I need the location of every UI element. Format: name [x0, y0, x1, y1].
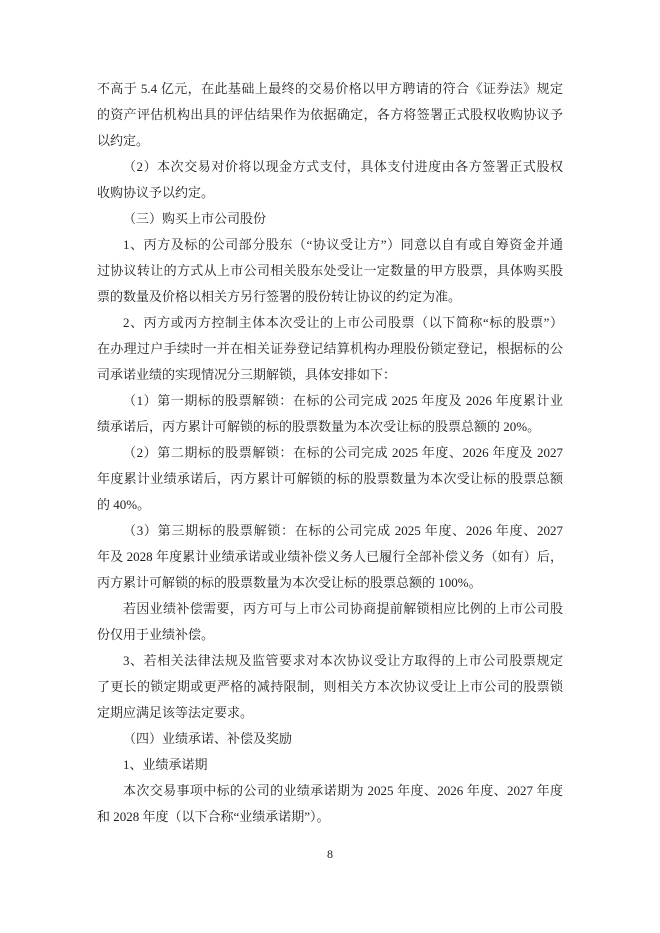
paragraph: 本次交易事项中标的公司的业绩承诺期为 2025 年度、2026 年度、2027 … [97, 778, 563, 830]
text-line: 1、业绩承诺期 [97, 752, 563, 778]
text-line: 份仅用于业绩补偿。 [97, 622, 563, 648]
paragraph: （三）购买上市公司股份 [97, 206, 563, 232]
text-line: 丙方累计可解锁的标的股票数量为本次受让标的股票总额的 100%。 [97, 570, 563, 596]
document-page: { "page": { "background": "#ffffff", "te… [0, 0, 660, 933]
text-line: 绩承诺后，丙方累计可解锁的标的股票数量为本次受让标的股票总额的 20%。 [97, 414, 563, 440]
text-line: （四）业绩承诺、补偿及奖励 [97, 726, 563, 752]
text-line: 定期应满足该等法定要求。 [97, 700, 563, 726]
text-line: （三）购买上市公司股份 [97, 206, 563, 232]
text-line: 本次交易事项中标的公司的业绩承诺期为 2025 年度、2026 年度、2027 … [97, 778, 563, 804]
text-line: 3、若相关法律法规及监管要求对本次协议受让方取得的上市公司股票规定 [97, 648, 563, 674]
text-line: （2）第二期标的股票解锁：在标的公司完成 2025 年度、2026 年度及 20… [97, 440, 563, 466]
text-line: 和 2028 年度（以下合称“业绩承诺期”）。 [97, 804, 563, 830]
text-line: （1）第一期标的股票解锁：在标的公司完成 2025 年度及 2026 年度累计业 [97, 388, 563, 414]
paragraph: 3、若相关法律法规及监管要求对本次协议受让方取得的上市公司股票规定了更长的锁定期… [97, 648, 563, 726]
text-line: （2）本次交易对价将以现金方式支付，具体支付进度由各方签署正式股权 [97, 154, 563, 180]
text-line: 不高于 5.4 亿元，在此基础上最终的交易价格以甲方聘请的符合《证券法》规定 [97, 76, 563, 102]
text-line: 的 40%。 [97, 492, 563, 518]
paragraph: 不高于 5.4 亿元，在此基础上最终的交易价格以甲方聘请的符合《证券法》规定的资… [97, 76, 563, 154]
paragraph: 1、业绩承诺期 [97, 752, 563, 778]
text-line: 年度累计业绩承诺后，丙方累计可解锁的标的股票数量为本次受让标的股票总额 [97, 466, 563, 492]
text-line: 在办理过户手续时一并在相关证券登记结算机构办理股份锁定登记，根据标的公 [97, 336, 563, 362]
paragraph: （3）第三期标的股票解锁：在标的公司完成 2025 年度、2026 年度、202… [97, 518, 563, 596]
paragraph: （2）第二期标的股票解锁：在标的公司完成 2025 年度、2026 年度及 20… [97, 440, 563, 518]
text-line: 若因业绩补偿需要，丙方可与上市公司协商提前解锁相应比例的上市公司股 [97, 596, 563, 622]
paragraph: 若因业绩补偿需要，丙方可与上市公司协商提前解锁相应比例的上市公司股份仅用于业绩补… [97, 596, 563, 648]
text-line: 的资产评估机构出具的评估结果作为依据确定，各方将签署正式股权收购协议予 [97, 102, 563, 128]
paragraph: 2、丙方或丙方控制主体本次受让的上市公司股票（以下简称“标的股票”）在办理过户手… [97, 310, 563, 388]
page-background: 不高于 5.4 亿元，在此基础上最终的交易价格以甲方聘请的符合《证券法》规定的资… [0, 0, 660, 933]
text-line: 司承诺业绩的实现情况分三期解锁，具体安排如下： [97, 362, 563, 388]
text-line: 了更长的锁定期或更严格的减持限制，则相关方本次协议受让上市公司的股票锁 [97, 674, 563, 700]
text-line: 以约定。 [97, 128, 563, 154]
text-line: 收购协议予以约定。 [97, 180, 563, 206]
paragraph: （四）业绩承诺、补偿及奖励 [97, 726, 563, 752]
text-line: 年及 2028 年度累计业绩承诺或业绩补偿义务人已履行全部补偿义务（如有）后， [97, 544, 563, 570]
text-line: 1、丙方及标的公司部分股东（“协议受让方”）同意以自有或自筹资金并通 [97, 232, 563, 258]
page-number: 8 [97, 846, 563, 862]
paragraph: 1、丙方及标的公司部分股东（“协议受让方”）同意以自有或自筹资金并通过协议转让的… [97, 232, 563, 310]
paragraph: （1）第一期标的股票解锁：在标的公司完成 2025 年度及 2026 年度累计业… [97, 388, 563, 440]
text-line: 票的数量及价格以相关方另行签署的股份转让协议的约定为准。 [97, 284, 563, 310]
text-line: 过协议转让的方式从上市公司相关股东处受让一定数量的甲方股票，具体购买股 [97, 258, 563, 284]
document-body: 不高于 5.4 亿元，在此基础上最终的交易价格以甲方聘请的符合《证券法》规定的资… [97, 76, 563, 830]
paragraph: （2）本次交易对价将以现金方式支付，具体支付进度由各方签署正式股权收购协议予以约… [97, 154, 563, 206]
text-line: （3）第三期标的股票解锁：在标的公司完成 2025 年度、2026 年度、202… [97, 518, 563, 544]
text-line: 2、丙方或丙方控制主体本次受让的上市公司股票（以下简称“标的股票”） [97, 310, 563, 336]
